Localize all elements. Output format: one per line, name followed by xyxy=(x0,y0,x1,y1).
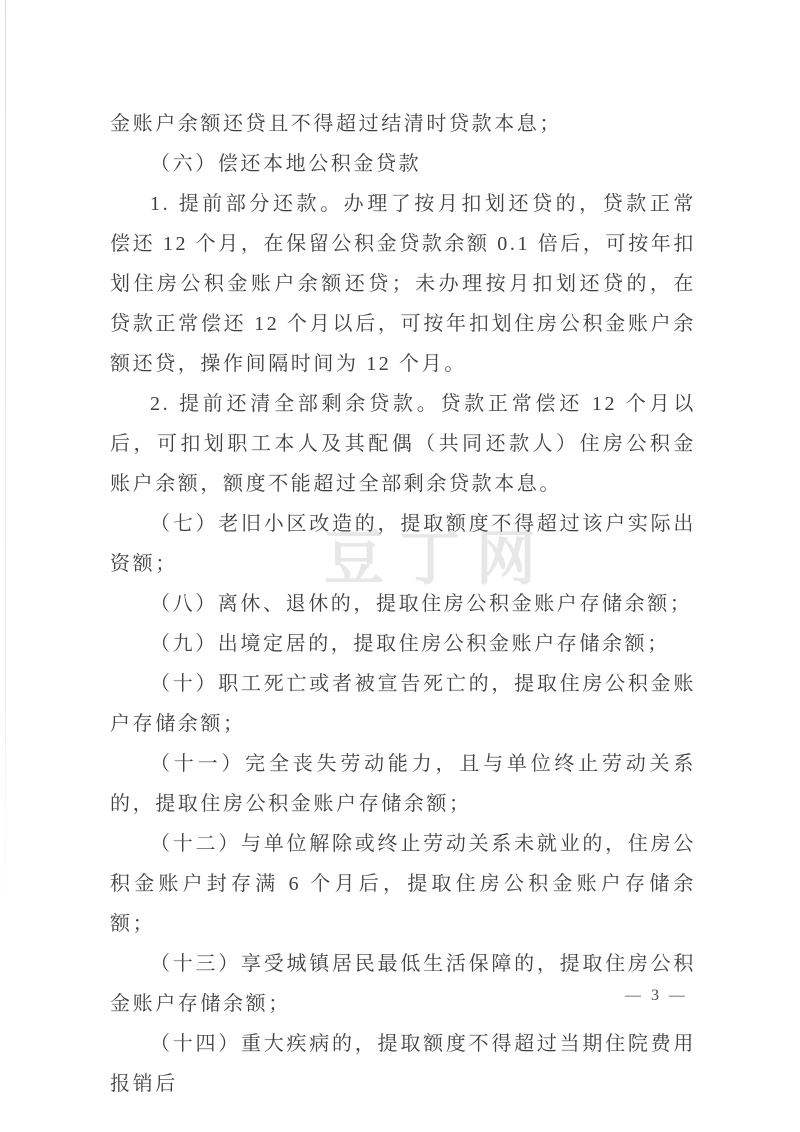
page-number: — 3 — xyxy=(110,984,688,1008)
paragraph: （十）职工死亡或者被宣告死亡的，提取住房公积金账户存储余额； xyxy=(110,664,696,744)
document-body: 金账户余额还贷且不得超过结清时贷款本息；（六）偿还本地公积金贷款1. 提前部分还… xyxy=(110,104,696,1104)
paragraph: 1. 提前部分还款。办理了按月扣划还贷的，贷款正常偿还 12 个月，在保留公积金… xyxy=(110,184,696,384)
paragraph: （八）离休、退休的，提取住房公积金账户存储余额； xyxy=(110,584,696,624)
paragraph: （十四）重大疾病的，提取额度不得超过当期住院费用报销后 xyxy=(110,1024,696,1104)
scan-edge-artifact xyxy=(5,0,6,930)
paragraph: 2. 提前还清全部剩余贷款。贷款正常偿还 12 个月以后，可扣划职工本人及其配偶… xyxy=(110,384,696,504)
paragraph: （六）偿还本地公积金贷款 xyxy=(110,144,696,184)
paragraph: 金账户余额还贷且不得超过结清时贷款本息； xyxy=(110,104,696,144)
document-page: 豆丁网 金账户余额还贷且不得超过结清时贷款本息；（六）偿还本地公积金贷款1. 提… xyxy=(0,0,800,1132)
paragraph: （十二）与单位解除或终止劳动关系未就业的，住房公积金账户封存满 6 个月后，提取… xyxy=(110,824,696,944)
paragraph: （十一）完全丧失劳动能力，且与单位终止劳动关系的，提取住房公积金账户存储余额； xyxy=(110,744,696,824)
paragraph: （九）出境定居的，提取住房公积金账户存储余额； xyxy=(110,624,696,664)
paragraph: （七）老旧小区改造的，提取额度不得超过该户实际出资额； xyxy=(110,504,696,584)
